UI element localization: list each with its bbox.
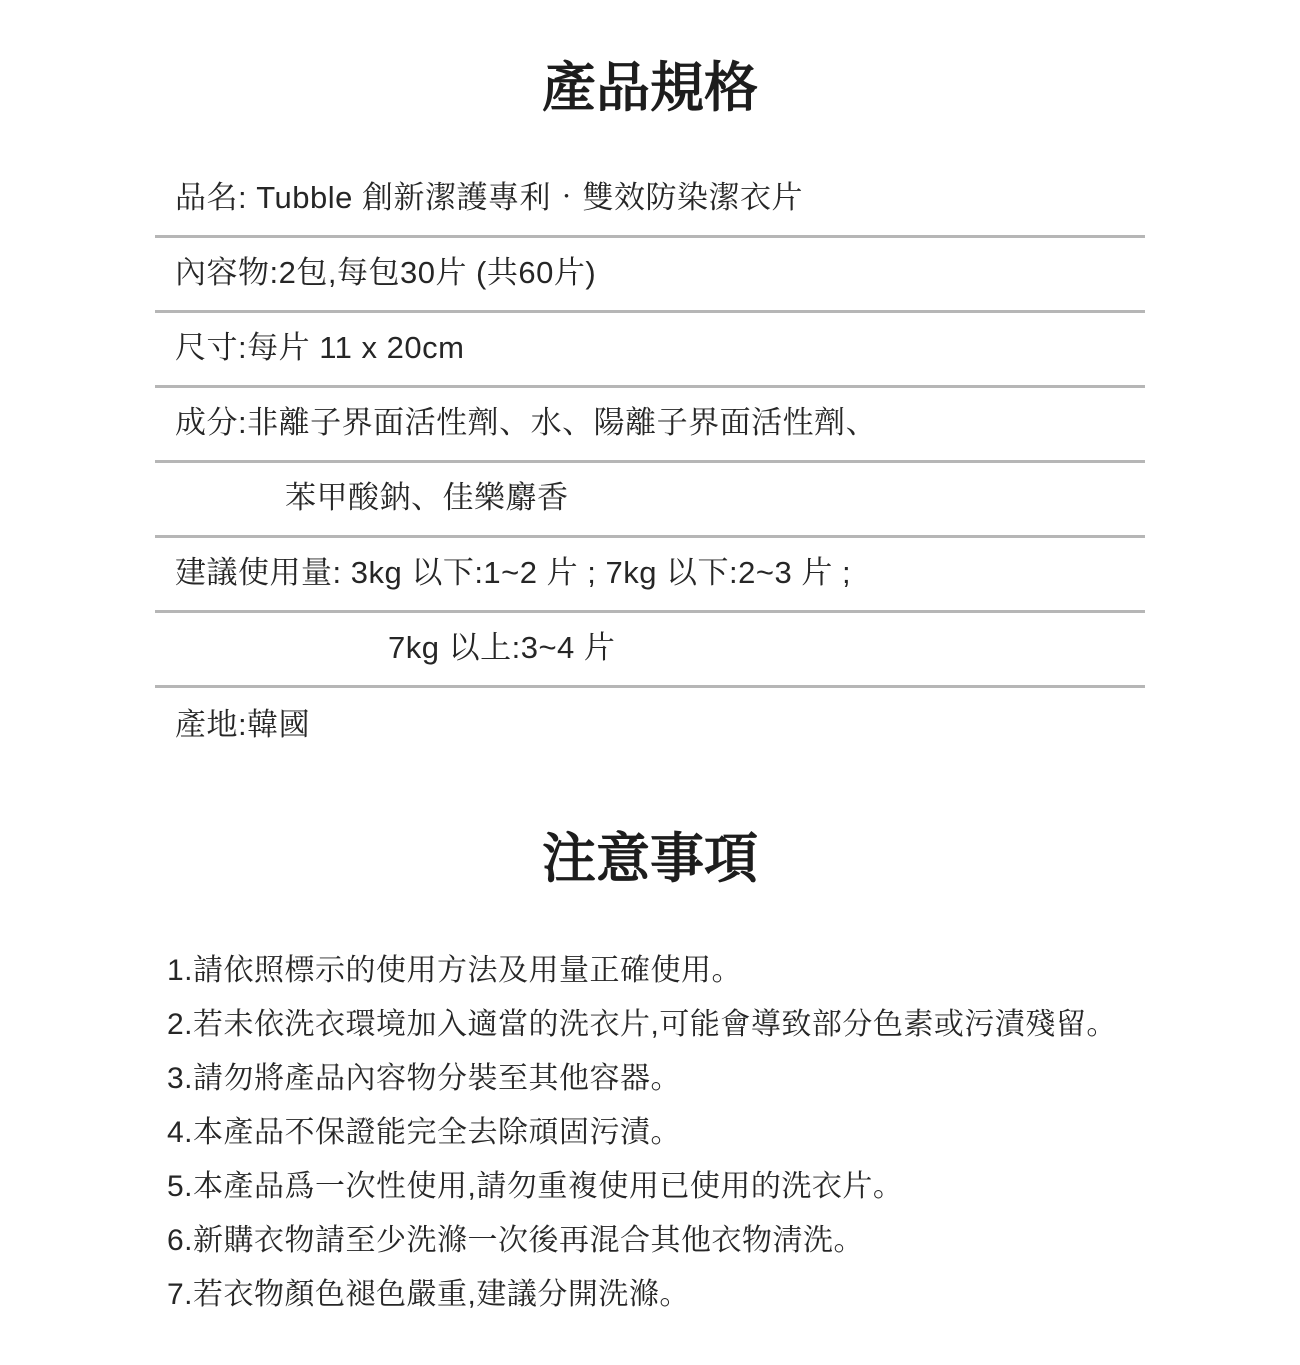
spec-row-ingredients-continued: 苯甲酸鈉、佳樂麝香: [155, 463, 1145, 538]
note-item-4: 4.本產品不保證能完全去除頑固污漬。: [167, 1118, 1145, 1148]
spec-row-recommended-usage: 建議使用量: 3kg 以下:1~2 片 ; 7kg 以下:2~3 片 ;: [155, 538, 1145, 613]
spec-row-contents: 內容物:2包,每包30片 (共60片): [155, 238, 1145, 313]
spec-row-size: 尺寸:每片 11 x 20cm: [155, 313, 1145, 388]
spec-row-ingredients: 成分:非離子界面活性劑、水、陽離子界面活性劑、: [155, 388, 1145, 463]
note-item-2: 2.若未依洗衣環境加入適當的洗衣片,可能會導致部分色素或污漬殘留。: [167, 1010, 1145, 1040]
notes-list: 1.請依照標示的使用方法及用量正確使用。 2.若未依洗衣環境加入適當的洗衣片,可…: [155, 956, 1145, 1310]
spec-row-recommended-usage-continued: 7kg 以上:3~4 片: [155, 613, 1145, 688]
spec-section-title: 產品規格: [0, 0, 1300, 121]
note-item-7: 7.若衣物顏色褪色嚴重,建議分開洗滌。: [167, 1280, 1145, 1310]
note-item-6: 6.新購衣物請至少洗滌一次後再混合其他衣物淸洗。: [167, 1226, 1145, 1256]
spec-row-product-name: 品名: Tubble 創新潔護專利‧雙效防染潔衣片: [155, 163, 1145, 238]
note-item-5: 5.本產品爲一次性使用,請勿重複使用已使用的洗衣片。: [167, 1172, 1145, 1202]
product-spec-page: 產品規格 品名: Tubble 創新潔護專利‧雙效防染潔衣片 內容物:2包,每包…: [0, 0, 1300, 1365]
spec-row-origin: 產地:韓國: [155, 688, 1145, 763]
spec-table: 品名: Tubble 創新潔護專利‧雙效防染潔衣片 內容物:2包,每包30片 (…: [155, 163, 1145, 763]
note-item-1: 1.請依照標示的使用方法及用量正確使用。: [167, 956, 1145, 986]
note-item-3: 3.請勿將產品內容物分裝至其他容器。: [167, 1064, 1145, 1094]
notes-section-title: 注意事項: [0, 827, 1300, 892]
